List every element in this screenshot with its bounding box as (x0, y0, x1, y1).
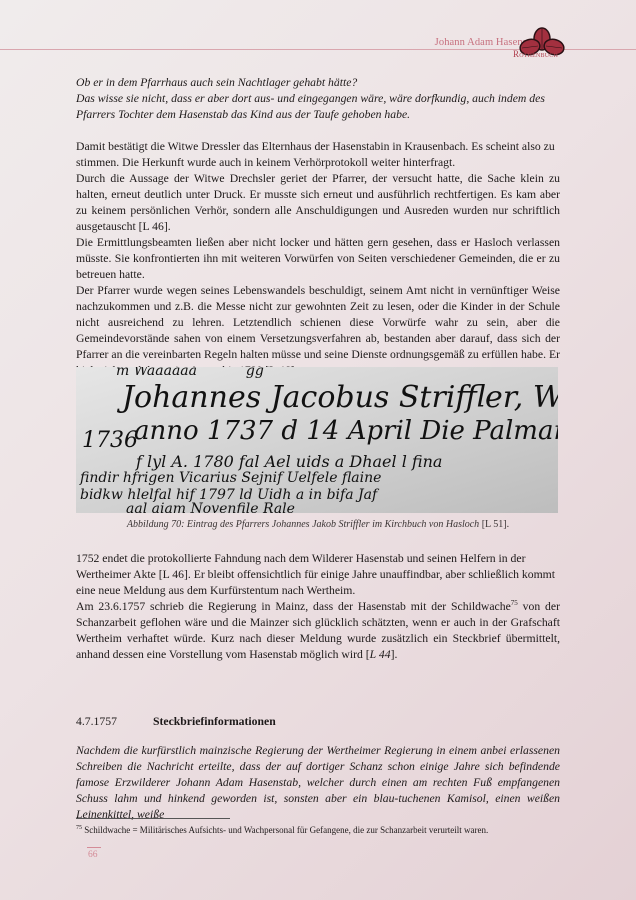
svg-text:aal aiam Novenfile Rale: aal aiam Novenfile Rale (126, 501, 295, 513)
svg-text:Johannes Jacobus Striffler, We: Johannes Jacobus Striffler, Wertheim: (116, 380, 558, 415)
svg-text:f lyl A. 1780 fal Ael uids a D: f lyl A. 1780 fal Ael uids a Dhael l fin… (135, 452, 442, 471)
paragraph: Am 23.6.1757 schrieb die Regierung in Ma… (76, 599, 560, 663)
section-heading: 4.7.1757 Steckbriefinformationen (76, 715, 276, 728)
caption-reference: [L 51]. (482, 519, 509, 530)
quote-line: Ob er in dem Pfarrhaus auch sein Nachtla… (76, 75, 560, 91)
section-title: Steckbriefinformationen (153, 715, 276, 728)
main-text-block: Ob er in dem Pfarrhaus auch sein Nachtla… (76, 75, 560, 379)
paragraph: 1752 endet die protokollierte Fahndung n… (76, 551, 560, 599)
figure-caption: Abbildung 70: Eintrag des Pfarrers Johan… (76, 519, 560, 530)
testimony-quote: Ob er in dem Pfarrhaus auch sein Nachtla… (76, 75, 560, 123)
footnote-text: Schildwache = Militärisches Aufsichts- u… (82, 825, 488, 835)
svg-text:findir hfrigen Vicarius Sejni: findir hfrigen Vicarius Sejnif Uelfele f… (79, 470, 381, 486)
church-register-image: m Waaaaaa gg Johannes Jacobus Striffler,… (76, 367, 558, 513)
quote-line: Das wisse sie nicht, dass er aber dort a… (76, 91, 560, 123)
caption-text: Abbildung 70: Eintrag des Pfarrers Johan… (127, 519, 482, 530)
footnote-ref[interactable]: 75 (511, 599, 518, 607)
footnote: 75 Schildwache = Militärisches Aufsichts… (76, 824, 560, 836)
paragraph: Damit bestätigt die Witwe Dressler das E… (76, 139, 560, 171)
paragraph: Der Pfarrer wurde wegen seines Lebenswan… (76, 283, 560, 379)
svg-text:1736: 1736 (82, 428, 138, 453)
main-text-block-2: 1752 endet die protokollierte Fahndung n… (76, 551, 560, 663)
section-date: 4.7.1757 (76, 715, 153, 728)
paragraph: Nachdem die kurfürstlich mainzische Regi… (76, 743, 560, 823)
page-number-rule (87, 847, 101, 848)
logo-wordmark: Rothenbuch (513, 49, 558, 59)
paragraph: Die Ermittlungsbeamten ließen aber nicht… (76, 235, 560, 283)
page-number: 66 (88, 850, 98, 860)
wanted-notice-quote: Nachdem die kurfürstlich mainzische Regi… (76, 743, 560, 823)
footnote-separator (76, 818, 230, 819)
paragraph: Durch die Aussage der Witwe Drechsler ge… (76, 171, 560, 235)
svg-text:m Waaaaaa gg: m Waaaaaa gg (116, 367, 264, 379)
svg-text:anno 1737 d 14 April Die Palma: anno 1737 d 14 April Die Palmarum. (134, 416, 558, 446)
